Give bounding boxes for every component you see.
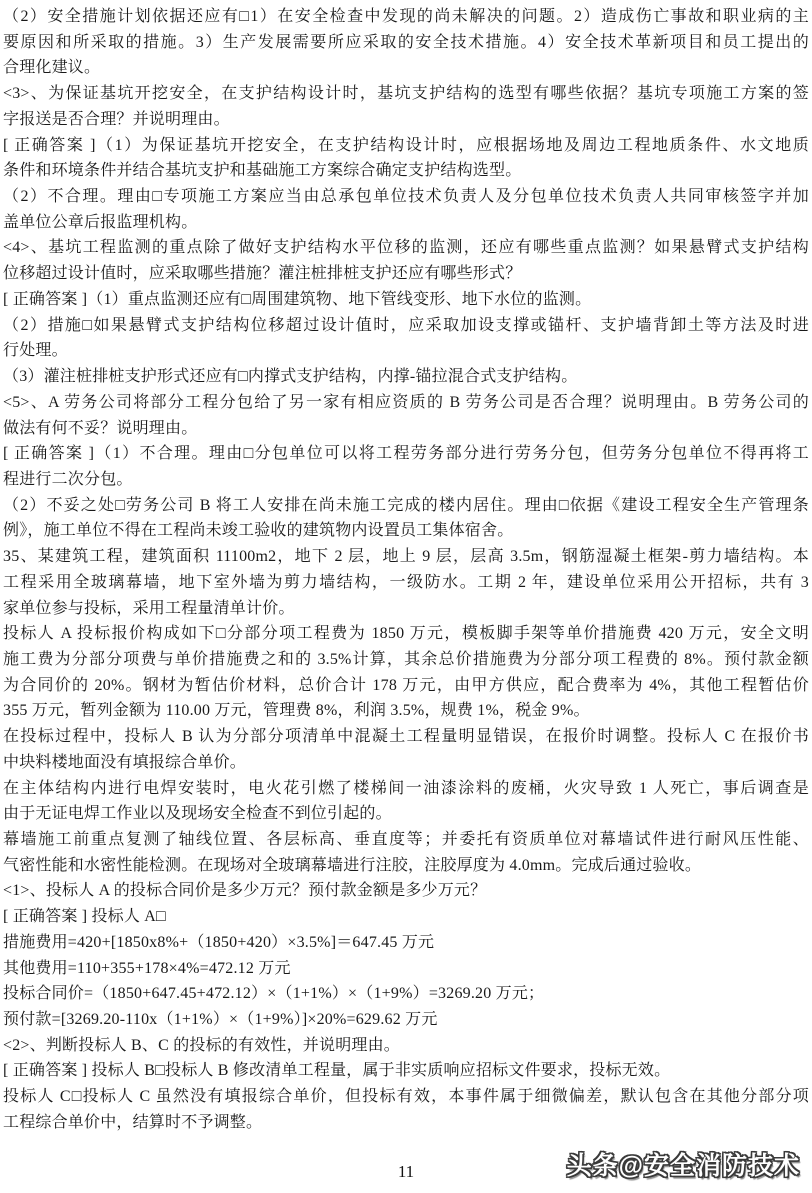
text-line: 投标人 A 投标报价构成如下□分部分项工程费为 1850 万元，模板脚手架等单价… (3, 621, 809, 647)
text-line: 由于无证电焊工作业以及现场安全检查不到位引起的。 (3, 801, 809, 827)
text-line: 气密性能和水密性能检测。在现场对全玻璃幕墙进行注胶，注胶厚度为 4.0mm。完成… (3, 853, 809, 879)
text-line: 355 万元，暂列金额为 110.00 万元，管理费 8%，利润 3.5%，规费… (3, 698, 809, 724)
text-line: 位移超过设计值时，应采取哪些措施？灌注桩排桩支护还应有哪些形式？ (3, 261, 809, 287)
text-line: [ 正确答案 ] 投标人 A□ (3, 904, 809, 930)
text-line: 家单位参与投标，采用工程量清单计价。 (3, 596, 809, 622)
text-line: 合理化建议。 (3, 55, 809, 81)
text-line: <4>、基坑工程监测的重点除了做好支护结构水平位移的监测，还应有哪些重点监测？如… (3, 235, 809, 261)
text-line: 程进行二次分包。 (3, 467, 809, 493)
text-line: （2）安全措施计划依据还应有□1）在安全检查中发现的尚未解决的问题。2）造成伤亡… (3, 4, 809, 30)
text-line: （3）灌注桩排桩支护形式还应有□内撑式支护结构，内撑-锚拉混合式支护结构。 (3, 364, 809, 390)
text-line: 措施费用=420+[1850x8%+（1850+420）×3.5%]＝647.4… (3, 930, 809, 956)
text-line: [ 正确答案 ] 投标人 B□投标人 B 修改清单工程量，属于非实质响应招标文件… (3, 1058, 809, 1084)
text-line: <2>、判断投标人 B、C 的投标的有效性，并说明理由。 (3, 1033, 809, 1059)
text-line: [ 正确答案 ]（1）为保证基坑开挖安全，在支护结构设计时，应根据场地及周边工程… (3, 133, 809, 159)
text-line: [ 正确答案 ]（1）重点监测还应有□周围建筑物、地下管线变形、地下水位的监测。 (3, 287, 809, 313)
text-line: （2）不妥之处□劳务公司 B 将工人安排在尚未施工完成的楼内居住。理由□依据《建… (3, 493, 809, 519)
text-line: 预付款=[3269.20-110x（1+1%）×（1+9%）]×20%=629.… (3, 1007, 809, 1033)
text-line: 中块料楼地面没有填报综合单价。 (3, 750, 809, 776)
text-line: （2）不合理。理由□专项施工方案应当由总承包单位技术负责人及分包单位技术负责人共… (3, 184, 809, 210)
text-line: （2）措施□如果悬臂式支护结构位移超过设计值时，应采取加设支撑或锚杆、支护墙背卸… (3, 313, 809, 339)
text-line: 投标合同价=（1850+647.45+472.12）×（1+1%）×（1+9%）… (3, 981, 809, 1007)
text-line: 盖单位公章后报监理机构。 (3, 210, 809, 236)
document-page: （2）安全措施计划依据还应有□1）在安全检查中发现的尚未解决的问题。2）造成伤亡… (3, 4, 809, 1136)
text-line: <5>、A 劳务公司将部分工程分包给了另一家有相应资质的 B 劳务公司是否合理？… (3, 390, 809, 416)
text-line: 其他费用=110+355+178×4%=472.12 万元 (3, 956, 809, 982)
text-line: 行处理。 (3, 338, 809, 364)
text-line: 在主体结构内进行电焊安装时，电火花引燃了楼梯间一油漆涂料的废桶，火灾导致 1 人… (3, 776, 809, 802)
text-line: 工程采用全玻璃幕墙，地下室外墙为剪力墙结构，一级防水。工期 2 年，建设单位采用… (3, 570, 809, 596)
text-line: 工程综合单价中，结算时不予调整。 (3, 1110, 809, 1136)
text-line: 要原因和所采取的措施。3）生产发展需要所应采取的安全技术措施。4）安全技术革新项… (3, 30, 809, 56)
text-line: 例》，施工单位不得在工程尚未竣工验收的建筑物内设置员工集体宿舍。 (3, 518, 809, 544)
text-line: 在投标过程中，投标人 B 认为分部分项清单中混凝土工程量明显错误，在报价时调整。… (3, 724, 809, 750)
text-line: 做法有何不妥？说明理由。 (3, 416, 809, 442)
text-line: <3>、为保证基坑开挖安全，在支护结构设计时，基坑支护结构的选型有哪些依据？基坑… (3, 81, 809, 107)
text-line: <1>、投标人 A 的投标合同价是多少万元？预付款金额是多少万元？ (3, 878, 809, 904)
text-line: 35、某建筑工程，建筑面积 11100m2，地下 2 层，地上 9 层，层高 3… (3, 544, 809, 570)
text-line: 幕墙施工前重点复测了轴线位置、各层标高、垂直度等；并委托有资质单位对幕墙试件进行… (3, 827, 809, 853)
text-line: 施工费为分部分项费与单价措施费之和的 3.5%计算，其余总价措施费为分部分项工程… (3, 647, 809, 673)
text-line: 条件和环境条件并结合基坑支护和基础施工方案综合确定支护结构选型。 (3, 158, 809, 184)
page-number: 11 (0, 1162, 812, 1182)
text-line: 投标人 C□投标人 C 虽然没有填报综合单价，但投标有效，本事件属于细微偏差，默… (3, 1084, 809, 1110)
text-line: 为合同价的 20%。钢材为暂估价材料，总价合计 178 万元，由甲方供应，配合费… (3, 673, 809, 699)
text-line: [ 正确答案 ]（1）不合理。理由□分包单位可以将工程劳务部分进行劳务分包，但劳… (3, 441, 809, 467)
text-line: 字报送是否合理？并说明理由。 (3, 107, 809, 133)
